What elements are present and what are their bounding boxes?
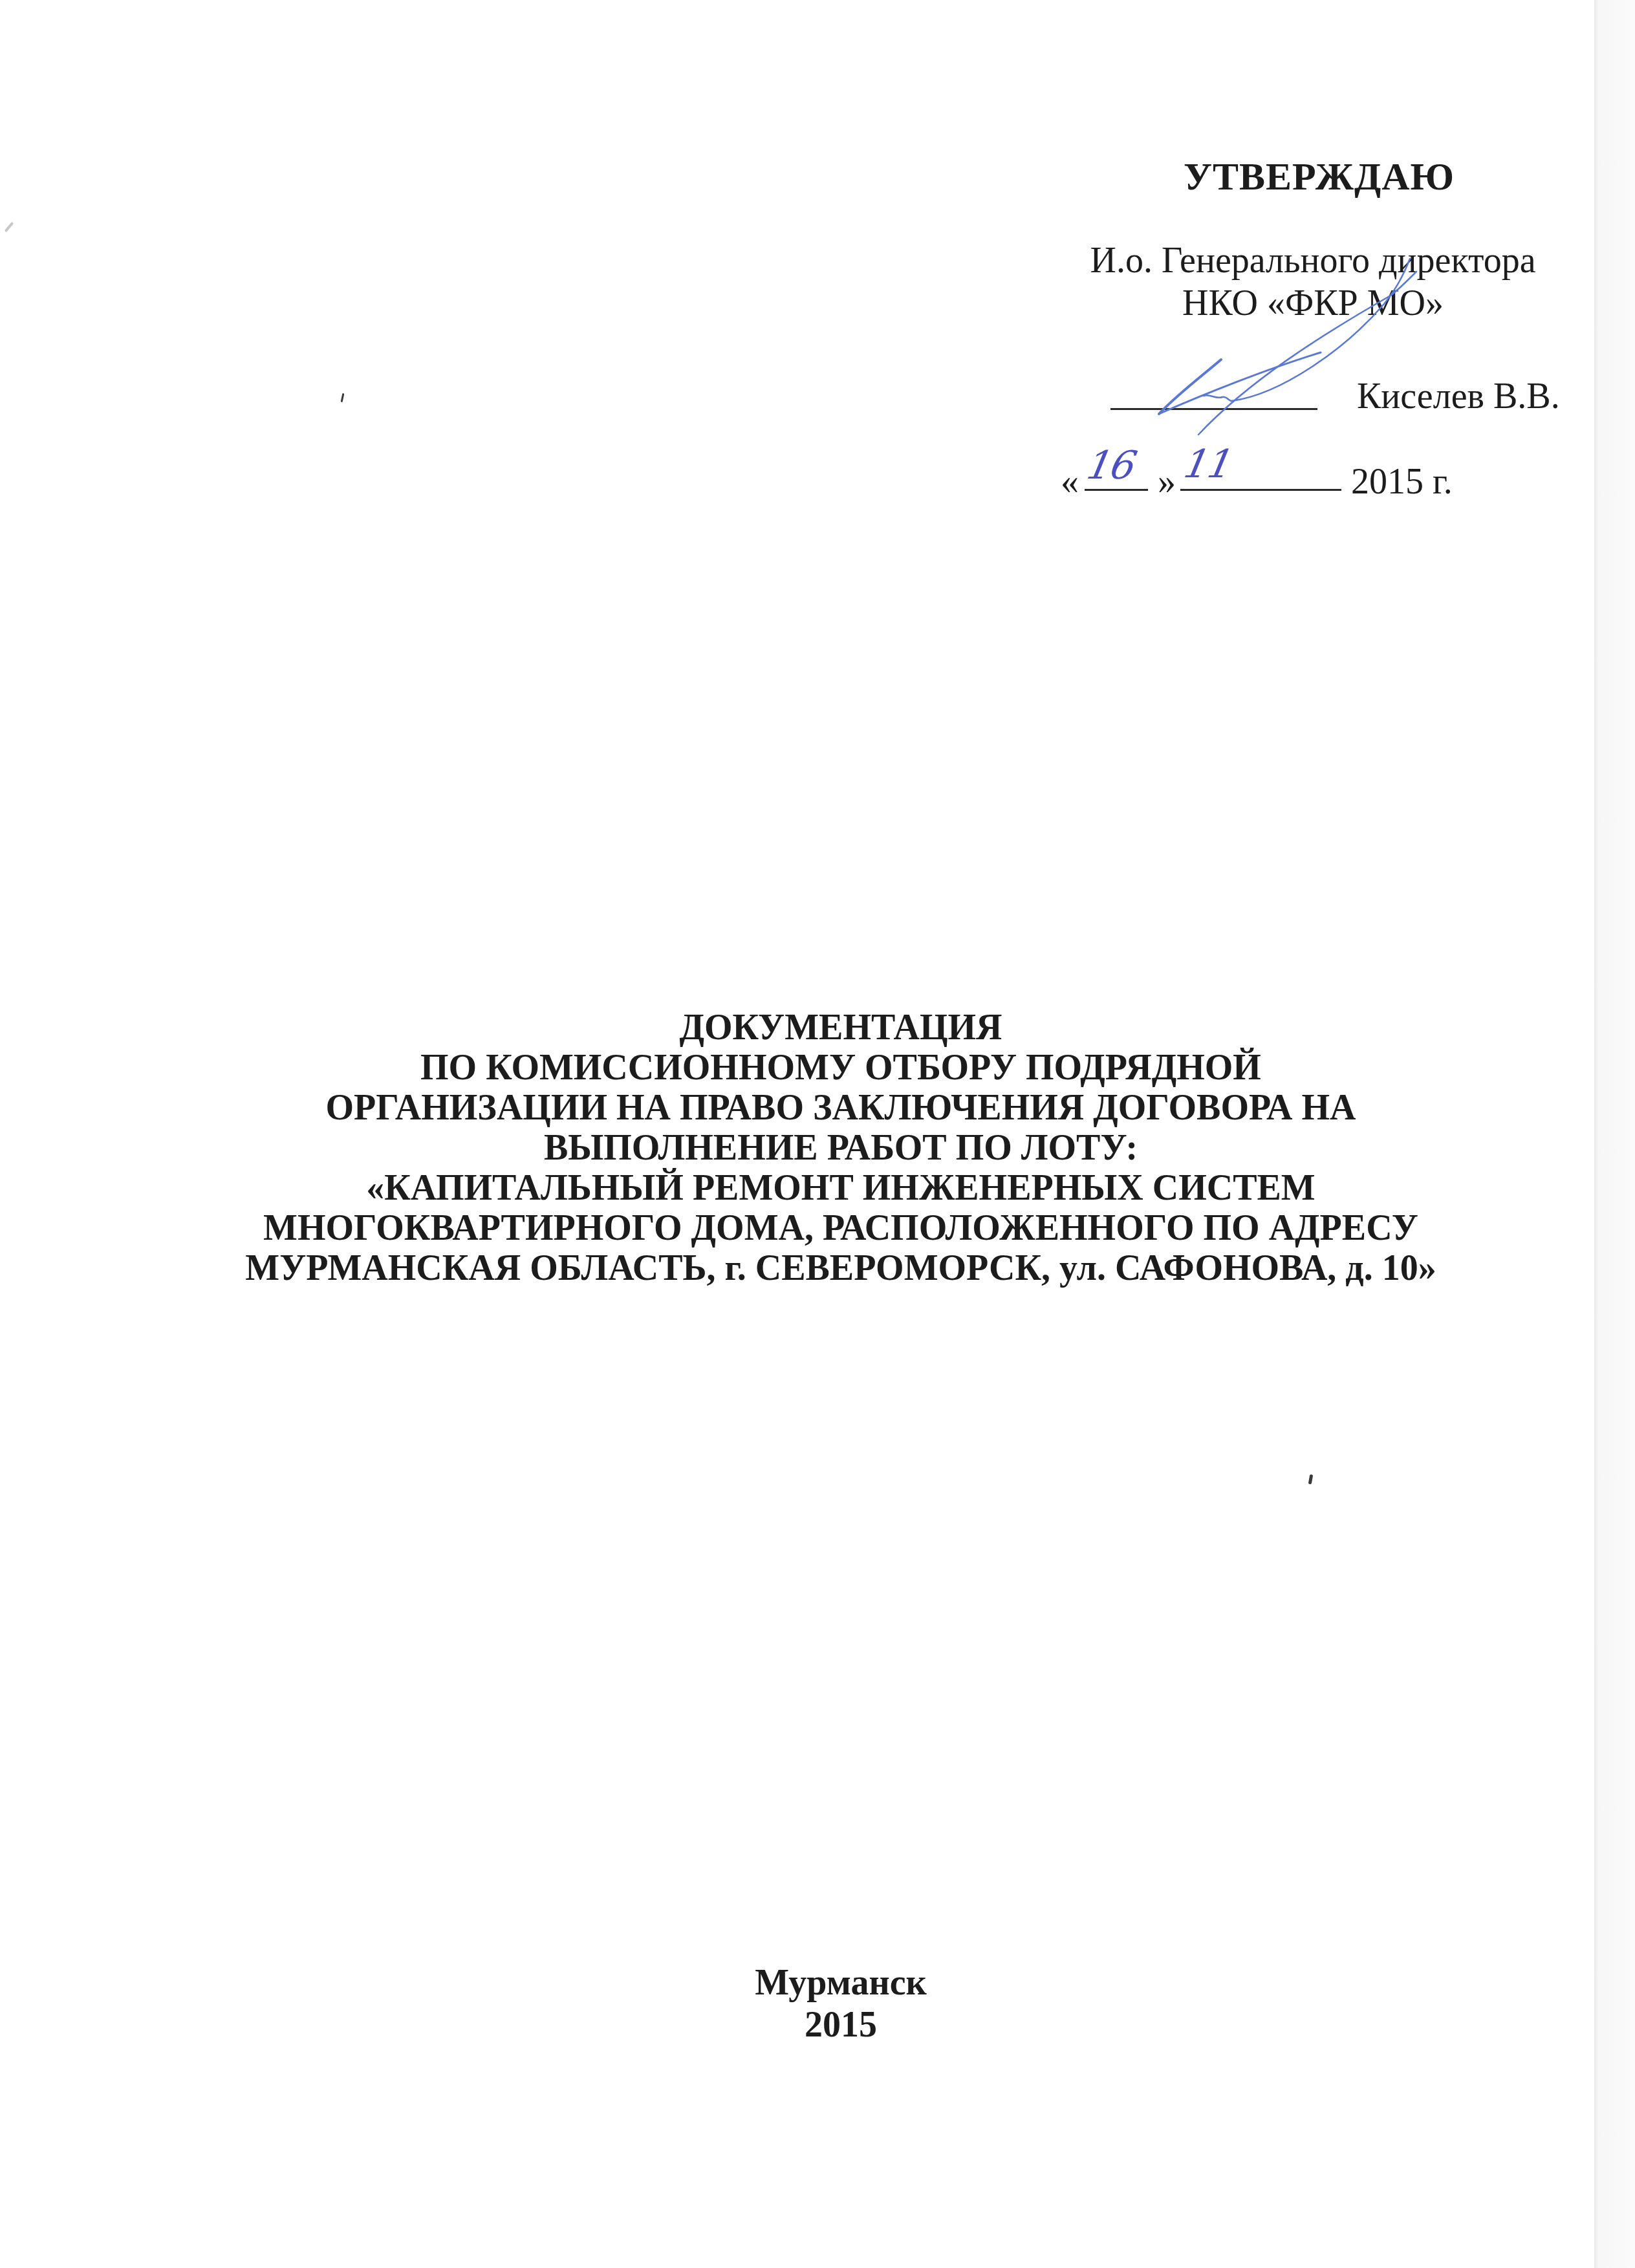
title-line: ПО КОМИССИОННОМУ ОТБОРУ ПОДРЯДНОЙ	[194, 1048, 1488, 1088]
title-line: «КАПИТАЛЬНЫЙ РЕМОНТ ИНЖЕНЕРНЫХ СИСТЕМ	[194, 1168, 1488, 1208]
title-line: ВЫПОЛНЕНИЕ РАБОТ ПО ЛОТУ:	[194, 1128, 1488, 1168]
signer-name: Киселев В.В.	[1357, 378, 1560, 415]
approver-organization: НКО «ФКР МО»	[1054, 285, 1572, 321]
date-day-underline	[1085, 489, 1148, 491]
scan-speck	[341, 393, 345, 402]
title-line: МНОГОКВАРТИРНОГО ДОМА, РАСПОЛОЖЕННОГО ПО…	[194, 1208, 1488, 1248]
date-year: 2015 г.	[1351, 464, 1453, 500]
approver-position: И.о. Генерального директора	[1054, 243, 1572, 279]
document-title: ДОКУМЕНТАЦИЯ ПО КОМИССИОННОМУ ОТБОРУ ПОД…	[194, 1008, 1488, 1288]
footer-year: 2015	[647, 2004, 1035, 2046]
approval-heading: УТВЕРЖДАЮ	[1184, 157, 1449, 196]
date-month-handwritten: 11	[1181, 445, 1236, 484]
date-open-quote: «	[1061, 464, 1079, 500]
scan-page-edge	[1594, 0, 1635, 2268]
title-line: ОРГАНИЗАЦИИ НА ПРАВО ЗАКЛЮЧЕНИЯ ДОГОВОРА…	[194, 1088, 1488, 1128]
title-line: МУРМАНСКАЯ ОБЛАСТЬ, г. СЕВЕРОМОРСК, ул. …	[194, 1248, 1488, 1288]
signature-line	[1110, 408, 1317, 410]
title-line: ДОКУМЕНТАЦИЯ	[194, 1008, 1488, 1048]
scan-speck	[1308, 1474, 1314, 1485]
date-month-underline	[1180, 489, 1341, 491]
scan-speck	[5, 222, 14, 232]
document-footer: Мурманск 2015	[647, 1962, 1035, 2046]
date-close-quote: »	[1158, 464, 1176, 500]
date-day-handwritten: 16	[1084, 446, 1139, 485]
footer-city: Мурманск	[647, 1962, 1035, 2004]
